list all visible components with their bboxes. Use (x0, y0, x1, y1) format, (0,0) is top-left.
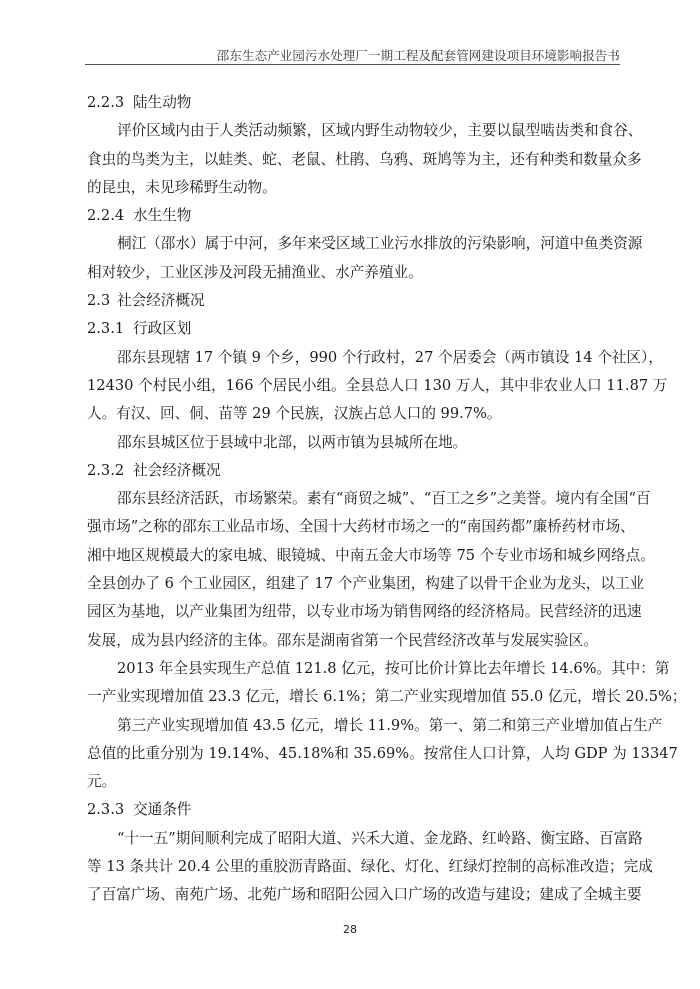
paragraph-line: 湘中地区规模最大的家电城、眼镜城、中南五金大市场等 75 个专业市场和城乡网络点… (87, 542, 617, 570)
section-heading-2-3-1: 2.3.1行政区划 (87, 315, 617, 343)
paragraph-line: 发展，成为县内经济的主体。邵东是湖南省第一个民营经济改革与发展实验区。 (87, 627, 617, 655)
paragraph-line: 一产业实现增加值 23.3 亿元，增长 6.1%；第二产业实现增加值 55.0 … (87, 683, 617, 711)
paragraph-line: 相对较少，工业区涉及河段无捕渔业、水产养殖业。 (87, 259, 617, 287)
paragraph-line: 园区为基地，以产业集团为纽带，以专业市场为销售网络的经济格局。民营经济的迅速 (87, 598, 617, 626)
section-heading-2-3-2: 2.3.2社会经济概况 (87, 457, 617, 485)
section-heading-2-2-3: 2.2.3陆生动物 (87, 89, 617, 117)
section-heading-2-3: 2.3社会经济概况 (87, 287, 617, 315)
paragraph-line: 邵东县经济活跃，市场繁荣。素有“商贸之城”、“百工之乡”之美誉。境内有全国“百 (87, 485, 617, 513)
paragraph-line: “十一五”期间顺利完成了昭阳大道、兴禾大道、金龙路、红岭路、衡宝路、百富路 (87, 825, 617, 853)
paragraph-line: 邵东县城区位于县域中北部，以两市镇为县城所在地。 (87, 429, 617, 457)
paragraph-line: 全县创办了 6 个工业园区，组建了 17 个产业集团，构建了以骨干企业为龙头，以… (87, 570, 617, 598)
paragraph-line: 12430 个村民小组，166 个居民小组。全县总人口 130 万人，其中非农业… (87, 372, 617, 400)
document-title: 邵东生态产业园污水处理厂一期工程及配套管网建设项目环境影响报告书 (217, 46, 620, 64)
paragraph-line: 的昆虫，未见珍稀野生动物。 (87, 174, 617, 202)
page-body: 2.2.3陆生动物 评价区域内由于人类活动频繁，区域内野生动物较少，主要以鼠型啮… (87, 89, 617, 910)
page-header: 邵东生态产业园污水处理厂一期工程及配套管网建设项目环境影响报告书 (85, 44, 620, 65)
paragraph-line: 元。 (87, 768, 617, 796)
paragraph-line: 评价区域内由于人类活动频繁，区域内野生动物较少，主要以鼠型啮齿类和食谷、 (87, 117, 617, 145)
paragraph-line: 人。有汉、回、侗、苗等 29 个民族，汉族占总人口的 99.7%。 (87, 400, 617, 428)
paragraph-line: 食虫的鸟类为主，以蛙类、蛇、老鼠、杜鹃、乌鸦、斑鸠等为主，还有种类和数量众多 (87, 146, 617, 174)
section-heading-2-2-4: 2.2.4水生生物 (87, 202, 617, 230)
paragraph-line: 总值的比重分别为 19.14%、45.18%和 35.69%。按常住人口计算，人… (87, 740, 617, 768)
paragraph-line: 桐江（邵水）属于中河，多年来受区域工业污水排放的污染影响，河道中鱼类资源 (87, 230, 617, 258)
paragraph-line: 2013 年全县实现生产总值 121.8 亿元，按可比价计算比去年增长 14.6… (87, 655, 617, 683)
paragraph-line: 邵东县现辖 17 个镇 9 个乡，990 个行政村，27 个居委会（两市镇设 1… (87, 344, 617, 372)
page-number: 28 (0, 923, 700, 936)
paragraph-line: 第三产业实现增加值 43.5 亿元，增长 11.9%。第一、第二和第三产业增加值… (87, 712, 617, 740)
paragraph-line: 等 13 条共计 20.4 公里的重胶沥青路面、绿化、灯化、红绿灯控制的高标准改… (87, 853, 617, 881)
paragraph-line: 强市场”之称的邵东工业品市场、全国十大药材市场之一的“南国药都”廉桥药材市场、 (87, 513, 617, 541)
section-heading-2-3-3: 2.3.3交通条件 (87, 796, 617, 824)
paragraph-line: 了百富广场、南苑广场、北苑广场和昭阳公园入口广场的改造与建设；建成了全城主要 (87, 881, 617, 909)
